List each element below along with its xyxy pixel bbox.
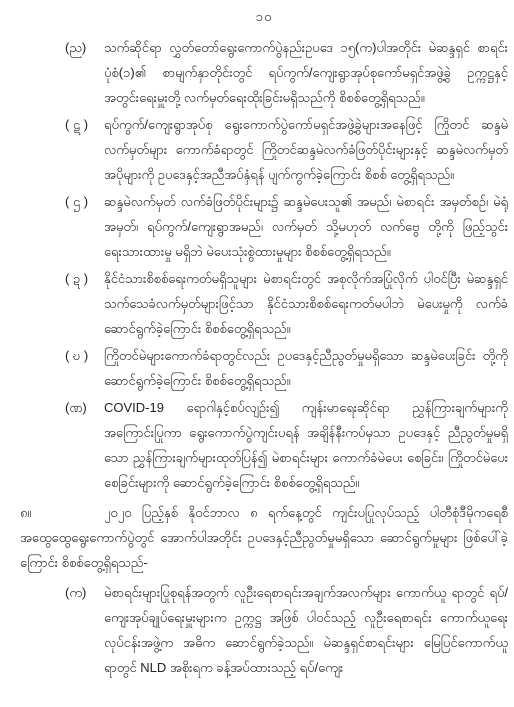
list-item-text: ဆန္ဒမဲလက်မှတ် လက်ခံဖြတ်ပိုင်းများ၌ ဆန္ဒမ… xyxy=(104,189,508,264)
document-page: ၁၀ (ည) သက်ဆိုင်ရာ လွှတ်တော်ရွေးကောက်ပွဲန… xyxy=(0,0,514,707)
list-item-label: ( ဎ ) xyxy=(65,343,104,368)
list-item-label: ( ဋ ) xyxy=(65,112,104,137)
list-item-text: မဲစာရင်းများပြုစုရန်အတွက် လူဦးရေစာရင်းအခ… xyxy=(104,580,508,680)
list-item-label: (ဏ) xyxy=(65,395,104,420)
list-item-text: ရပ်ကွက်/ကျေးရွာအုပ်စု ရွေးကောက်ပွဲကော်မရ… xyxy=(104,112,508,187)
list-item-text: ကြိုတင်မဲများကောက်ခံရာတွင်လည်း ဥပဒေနှင့်… xyxy=(104,343,508,393)
list-item-label: (က) xyxy=(65,580,104,605)
list-item-label: ( ဍ ) xyxy=(65,266,104,291)
page-number: ၁၀ xyxy=(20,4,508,29)
section-paragraph: ၈။၂၀၂၀ ပြည့်နှစ် နိုဝင်ဘာလ ၈ ရက်နေ့တွင် … xyxy=(20,500,508,575)
list-item: ( ဍ ) နိုင်ငံသားစိစစ်ရေးကတ်မရှိသူများ မဲ… xyxy=(20,266,508,341)
list-item: ( ဎ ) ကြိုတင်မဲများကောက်ခံရာတွင်လည်း ဥပဒ… xyxy=(20,343,508,393)
list-item: ( ဌ ) ဆန္ဒမဲလက်မှတ် လက်ခံဖြတ်ပိုင်းများ၌… xyxy=(20,189,508,264)
list-item: (ည) သက်ဆိုင်ရာ လွှတ်တော်ရွေးကောက်ပွဲနည်း… xyxy=(20,35,508,110)
list-item: (ဏ) COVID-19 ရောဂါနှင့်စပ်လျဉ်း၍ ကျန်းမာ… xyxy=(20,395,508,495)
list-item-text: COVID-19 ရောဂါနှင့်စပ်လျဉ်း၍ ကျန်းမာရေးဆ… xyxy=(104,395,508,495)
list-item-label: (ည) xyxy=(65,35,104,60)
section-number: ၈။ xyxy=(20,500,104,525)
list-item-label: ( ဌ ) xyxy=(65,189,104,214)
list-item-text: နိုင်ငံသားစိစစ်ရေးကတ်မရှိသူများ မဲစာရင်း… xyxy=(104,266,508,341)
list-item: ( ဋ ) ရပ်ကွက်/ကျေးရွာအုပ်စု ရွေးကောက်ပွဲ… xyxy=(20,112,508,187)
list-item-text: သက်ဆိုင်ရာ လွှတ်တော်ရွေးကောက်ပွဲနည်းဥပဒေ… xyxy=(104,35,508,110)
list-item: (က) မဲစာရင်းများပြုစုရန်အတွက် လူဦးရေစာရင… xyxy=(20,580,508,680)
